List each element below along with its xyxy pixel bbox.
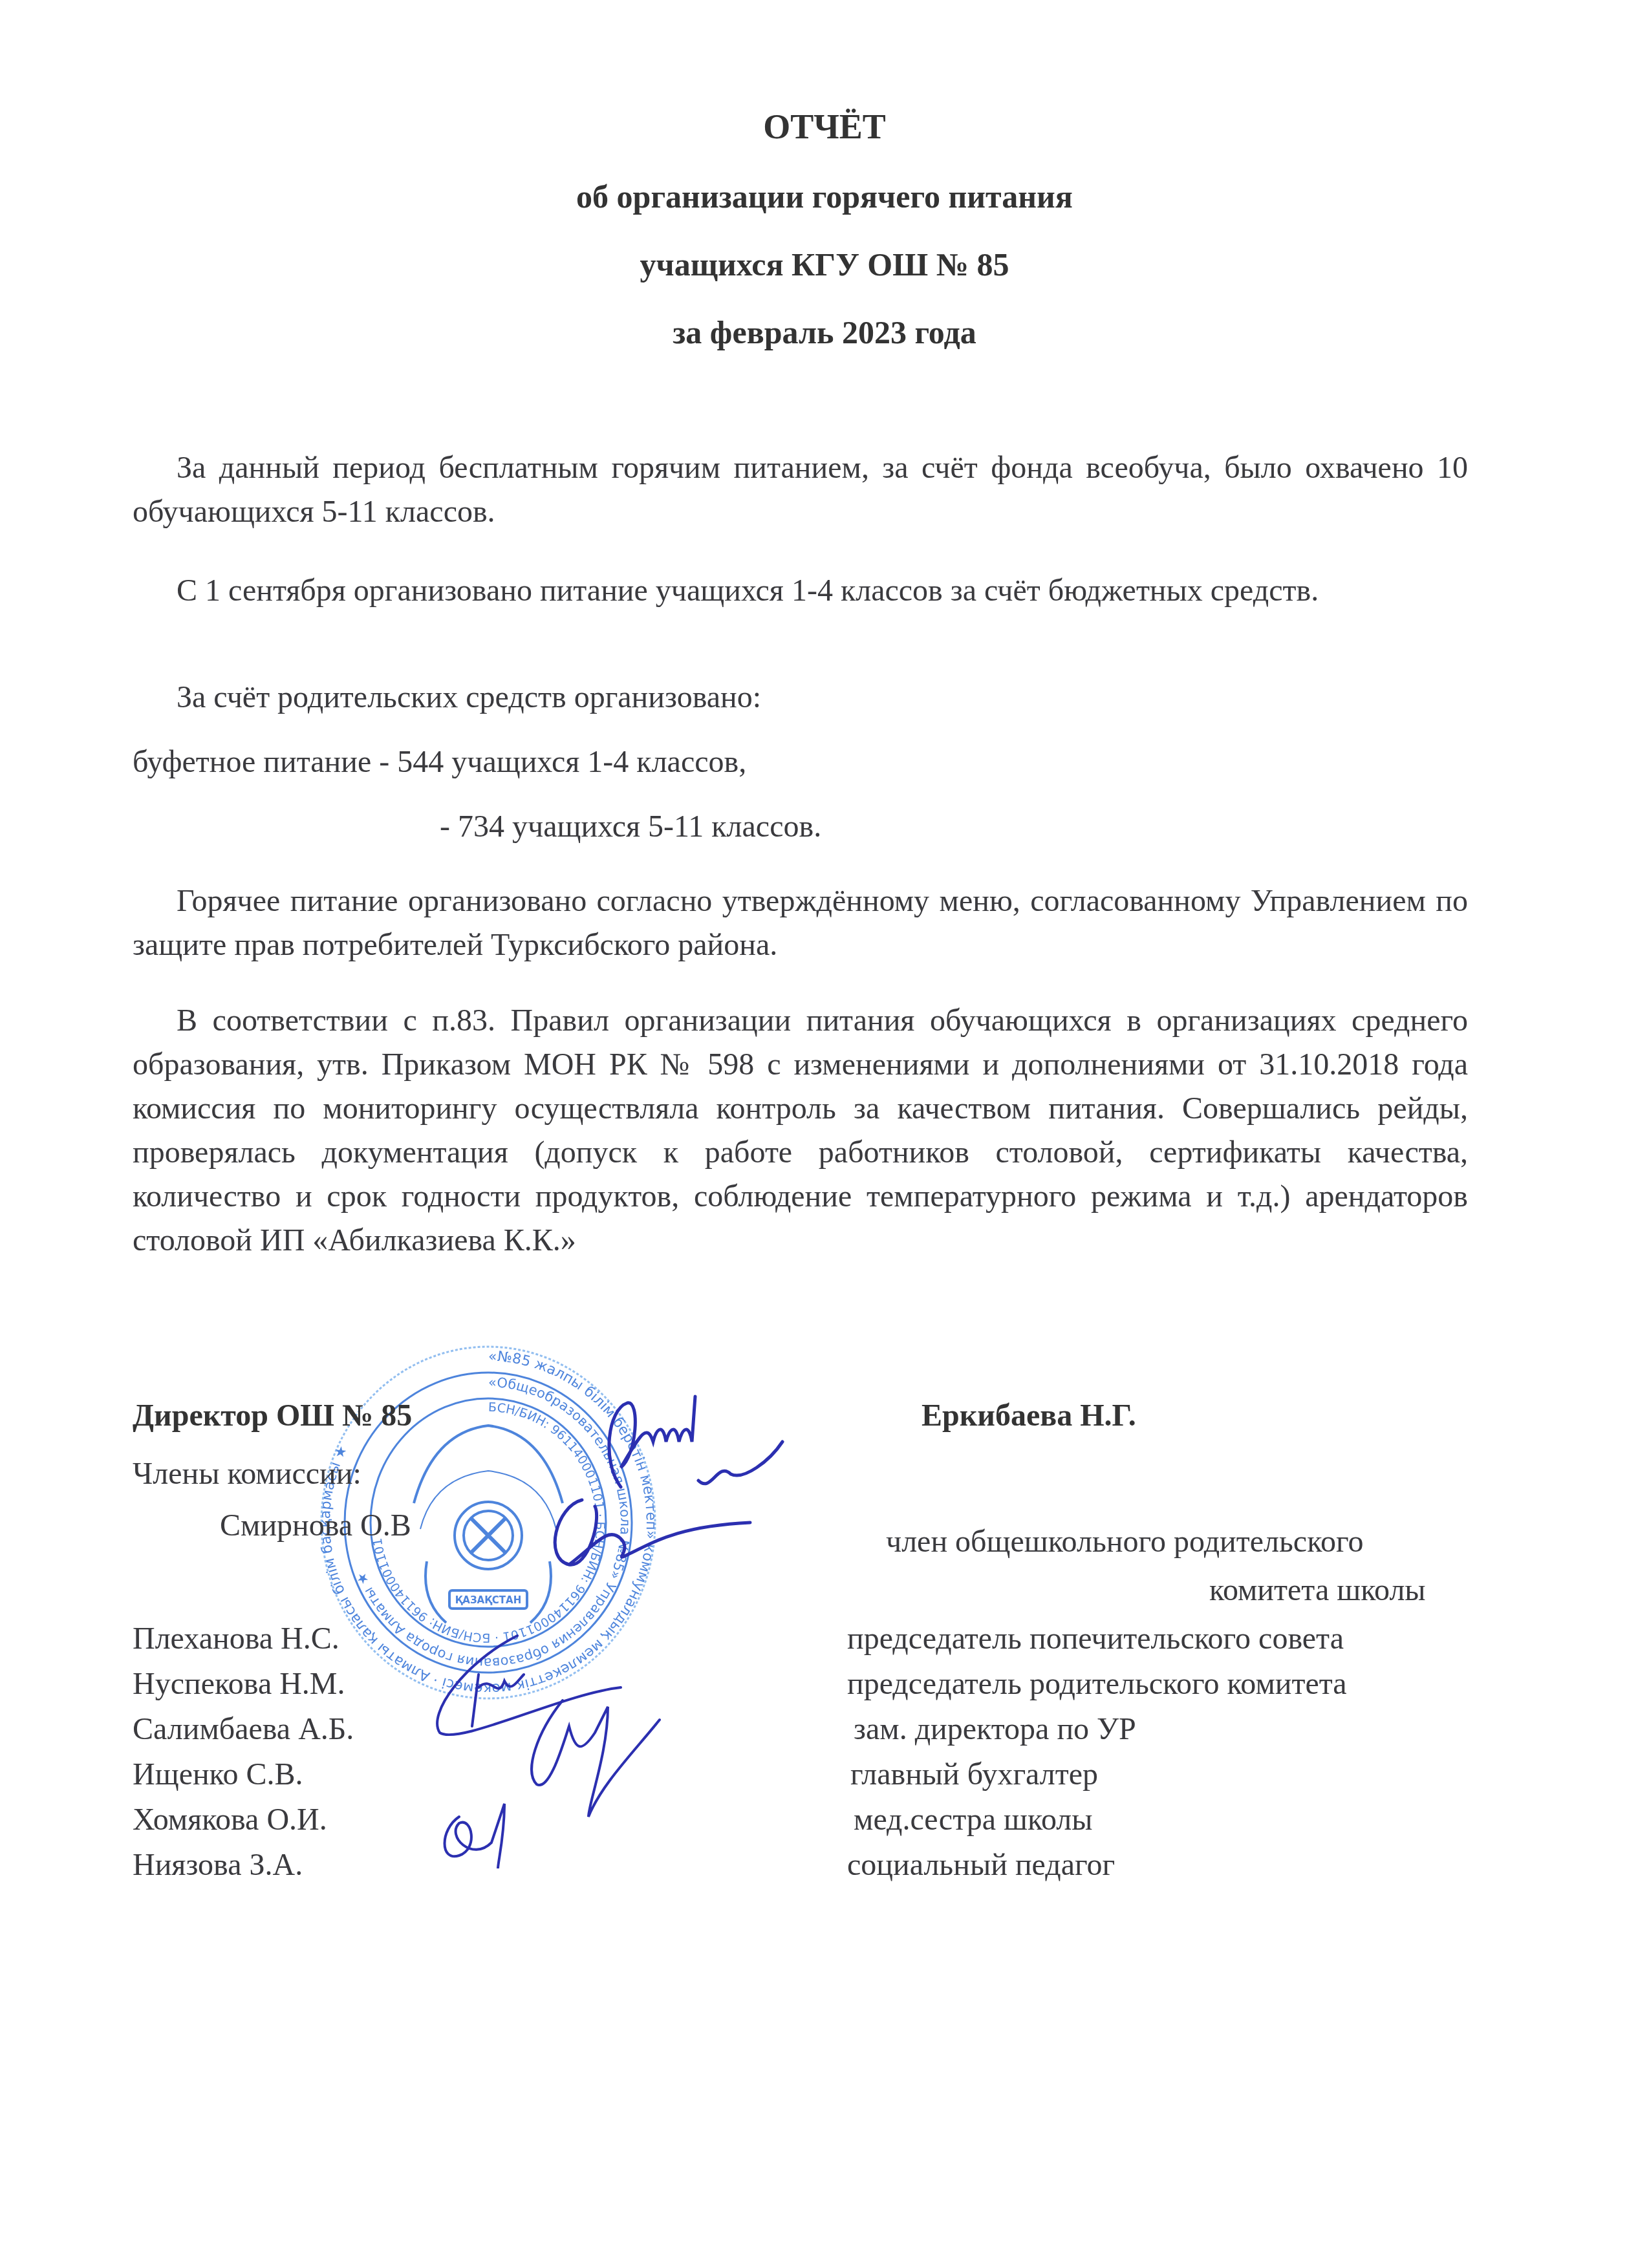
document-subtitle-3: за февраль 2023 года [0, 314, 1649, 351]
member-name: Салимбаева А.Б. [133, 1710, 354, 1749]
member-role-cont: комитета школы [1209, 1571, 1426, 1610]
member-role: социальный педагог [847, 1846, 1115, 1885]
member-name: Ищенко С.В. [133, 1755, 303, 1794]
director-signature-icon [582, 1384, 789, 1500]
buffet-line-1-4: буфетное питание - 544 учащихся 1-4 клас… [133, 740, 1468, 784]
svg-text:ҚАЗАҚСТАН: ҚАЗАҚСТАН [455, 1594, 522, 1606]
member-signature-icon [530, 1481, 763, 1578]
paragraph-menu-approval: Горячее питание организовано согласно ут… [133, 879, 1468, 967]
member-role: председатель попечительского совета [847, 1620, 1344, 1658]
member-role: главный бухгалтер [850, 1755, 1098, 1794]
paragraph-parent-funds: За счёт родительских средств организован… [133, 676, 1468, 720]
paragraph-free-meals: За данный период бесплатным горячим пита… [133, 446, 1468, 534]
member-signatures-icon [401, 1623, 673, 1868]
member-name: Хомякова О.И. [133, 1801, 327, 1839]
paragraph-monitoring: В соответствии с п.83. Правил организаци… [133, 999, 1468, 1263]
member-name: Плеханова Н.С. [133, 1620, 339, 1658]
member-role: член общешкольного родительского [886, 1523, 1364, 1561]
document-page: ОТЧЁТ об организации горячего питания уч… [0, 0, 1649, 2268]
document-subtitle-1: об организации горячего питания [0, 178, 1649, 215]
commission-label: Члены комиссии: [133, 1455, 361, 1493]
buffet-line-5-11: - 734 учащихся 5-11 классов. [440, 805, 1474, 849]
member-name: Смирнова О.В [220, 1506, 411, 1545]
director-name: Еркибаева Н.Г. [921, 1396, 1136, 1435]
member-name: Ниязова З.А. [133, 1846, 303, 1885]
document-subtitle-2: учащихся КГУ ОШ № 85 [0, 246, 1649, 283]
member-role: зам. директора по УР [854, 1710, 1136, 1749]
member-name: Нуспекова Н.М. [133, 1665, 345, 1704]
member-role: мед.сестра школы [854, 1801, 1092, 1839]
member-role: председатель родительского комитета [847, 1665, 1347, 1704]
document-title: ОТЧЁТ [0, 107, 1649, 147]
paragraph-budget-meals: С 1 сентября организовано питание учащих… [133, 569, 1468, 613]
director-label: Директор ОШ № 85 [133, 1396, 412, 1435]
